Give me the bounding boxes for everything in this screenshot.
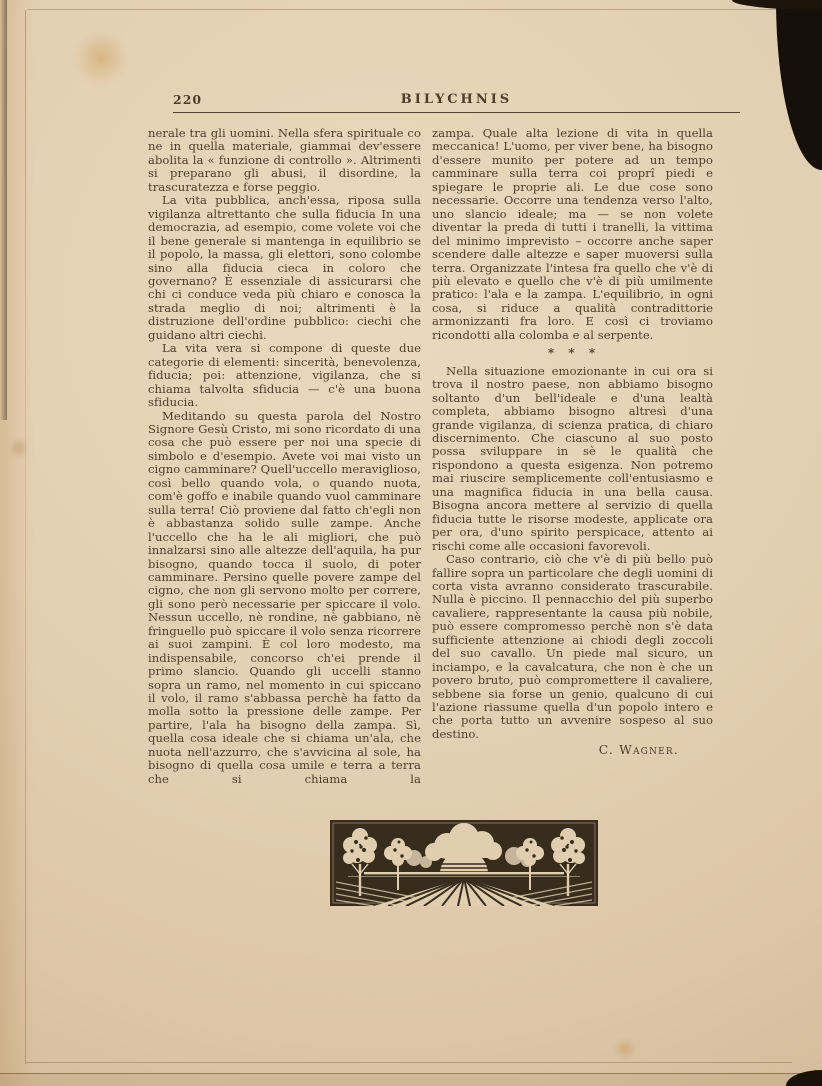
- paper-shading: [0, 0, 34, 1086]
- page-edge: [0, 1073, 822, 1074]
- journal-title: BILYCHNIS: [173, 92, 740, 107]
- paper-stain: [612, 1040, 638, 1058]
- paper-shading: [0, 1073, 822, 1086]
- paragraph: La vita vera si compone di queste due ca…: [148, 342, 421, 409]
- paper: 220 BILYCHNIS nerale tra gli uomini. Nel…: [0, 0, 822, 1086]
- paragraph: La vita pubblica, anch'essa, riposa sull…: [148, 194, 421, 342]
- author-signature: C. Wagner.: [432, 744, 713, 757]
- left-column: nerale tra gli uomini. Nella sfera spiri…: [148, 127, 421, 786]
- right-column: zampa. Quale alta lezione di vita in que…: [432, 127, 713, 758]
- header-rule: [173, 112, 740, 113]
- page-header: 220 BILYCHNIS: [173, 92, 740, 116]
- paper-stain: [8, 438, 30, 458]
- page-edge: [28, 9, 798, 10]
- page-edge: [25, 10, 26, 1064]
- page-edge: [26, 1062, 792, 1063]
- woodcut-illustration: [330, 820, 598, 906]
- paragraph: Nella situazione emozionante in cui ora …: [432, 365, 713, 553]
- paper-stain: [72, 32, 130, 84]
- section-separator: * * *: [432, 347, 713, 360]
- paragraph: Meditando su questa parola del Nostro Si…: [148, 410, 421, 787]
- paragraph: zampa. Quale alta lezione di vita in que…: [432, 127, 713, 342]
- paragraph: Caso contrario, ciò che v'è di più bello…: [432, 553, 713, 741]
- book-page-scan: 220 BILYCHNIS nerale tra gli uomini. Nel…: [0, 0, 822, 1086]
- paragraph: nerale tra gli uomini. Nella sfera spiri…: [148, 127, 421, 194]
